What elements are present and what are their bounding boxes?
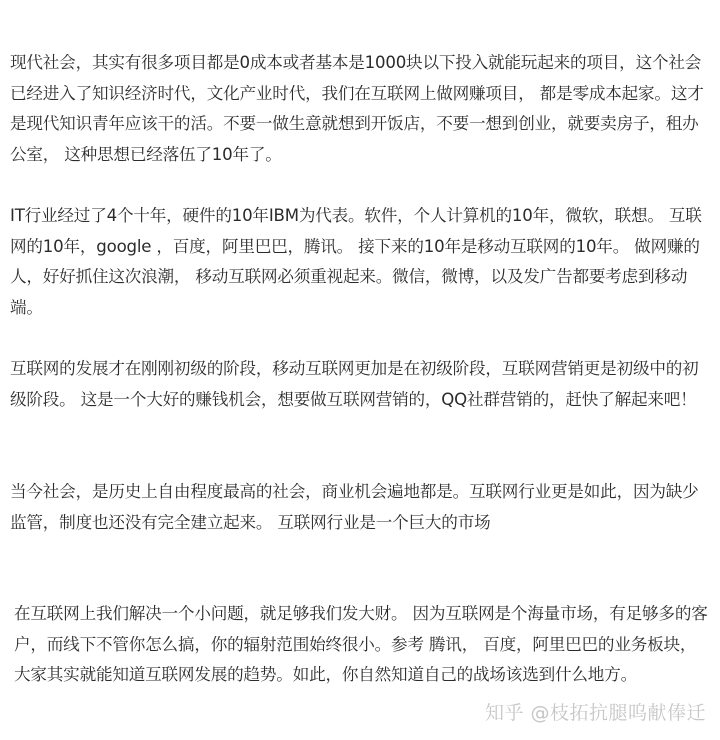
paragraph-solve-small-problem: 在互联网上我们解决一个小问题，就足够我们发大财。 因为互联网是个海量市场，有足够… — [10, 599, 712, 691]
paragraph-zero-cost-projects: 现代社会，其实有很多项目都是0成本或者基本是1000块以下投入就能玩起来的项目，… — [10, 48, 712, 170]
paragraph-it-industry-decades: IT行业经过了4个十年，硬件的10年IBM为代表。软件，个人计算机的10年，微软… — [10, 201, 712, 323]
paragraph-freest-society: 当今社会，是历史上自由程度最高的社会，商业机会遍地都是。互联网行业更是如此，因为… — [10, 477, 712, 538]
paragraph-internet-early-stage: 互联网的发展才在刚刚初级的阶段，移动互联网更加是在初级阶段，互联网营销更是初级中… — [10, 354, 712, 415]
article-body: 现代社会，其实有很多项目都是0成本或者基本是1000块以下投入就能玩起来的项目，… — [10, 48, 712, 691]
zhihu-watermark: 知乎 @枝拓抗腿呜献俸迁 — [485, 698, 706, 725]
